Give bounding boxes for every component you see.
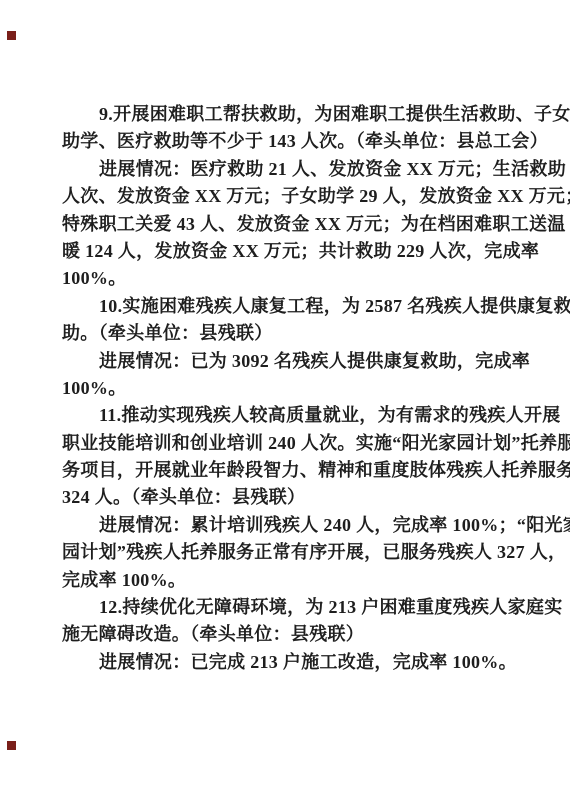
text-line-progress-11-3: 完成率 100%。 [62, 567, 522, 594]
corner-marker-top [7, 31, 16, 40]
text-line-item-12-1: 12.持续优化无障碍环境，为 213 户困难重度残疾人家庭实 [62, 594, 522, 621]
text-line-progress-10-2: 100%。 [62, 375, 522, 402]
text-line-progress-9-2: 人次、发放资金 XX 万元；子女助学 29 人，发放资金 XX 万元； [62, 183, 522, 210]
text-line-item-12-2: 施无障碍改造。（牵头单位：县残联） [62, 621, 522, 648]
text-line-item-10-1: 10.实施困难残疾人康复工程，为 2587 名残疾人提供康复救 [62, 293, 522, 320]
text-line-item-11-2: 职业技能培训和创业培训 240 人次。实施“阳光家园计划”托养服 [62, 430, 522, 457]
corner-marker-bottom [7, 741, 16, 750]
document-body: 9.开展困难职工帮扶救助，为困难职工提供生活救助、子女助学、医疗救助等不少于 1… [62, 101, 522, 676]
text-line-item-9-1: 9.开展困难职工帮扶救助，为困难职工提供生活救助、子女 [62, 101, 522, 128]
text-line-item-11-3: 务项目，开展就业年龄段智力、精神和重度肢体残疾人托养服务 [62, 457, 522, 484]
text-line-item-11-1: 11.推动实现残疾人较高质量就业，为有需求的残疾人开展 [62, 402, 522, 429]
text-line-progress-9-4: 暖 124 人，发放资金 XX 万元；共计救助 229 人次，完成率 [62, 238, 522, 265]
document-page: 9.开展困难职工帮扶救助，为困难职工提供生活救助、子女助学、医疗救助等不少于 1… [0, 0, 570, 807]
text-line-progress-12-1: 进展情况：已完成 213 户施工改造，完成率 100%。 [62, 649, 522, 676]
text-line-item-10-2: 助。（牵头单位：县残联） [62, 320, 522, 347]
text-line-progress-10-1: 进展情况：已为 3092 名残疾人提供康复救助，完成率 [62, 348, 522, 375]
text-line-progress-11-1: 进展情况：累计培训残疾人 240 人，完成率 100%；“阳光家 [62, 512, 522, 539]
text-line-progress-9-1: 进展情况：医疗救助 21 人、发放资金 XX 万元；生活救助 12 [62, 156, 522, 183]
text-line-item-11-4: 324 人。（牵头单位：县残联） [62, 484, 522, 511]
text-line-progress-11-2: 园计划”残疾人托养服务正常有序开展，已服务残疾人 327 人， [62, 539, 522, 566]
text-line-progress-9-3: 特殊职工关爱 43 人、发放资金 XX 万元；为在档困难职工送温 [62, 211, 522, 238]
text-line-item-9-2: 助学、医疗救助等不少于 143 人次。（牵头单位：县总工会） [62, 128, 522, 155]
text-line-progress-9-5: 100%。 [62, 265, 522, 292]
